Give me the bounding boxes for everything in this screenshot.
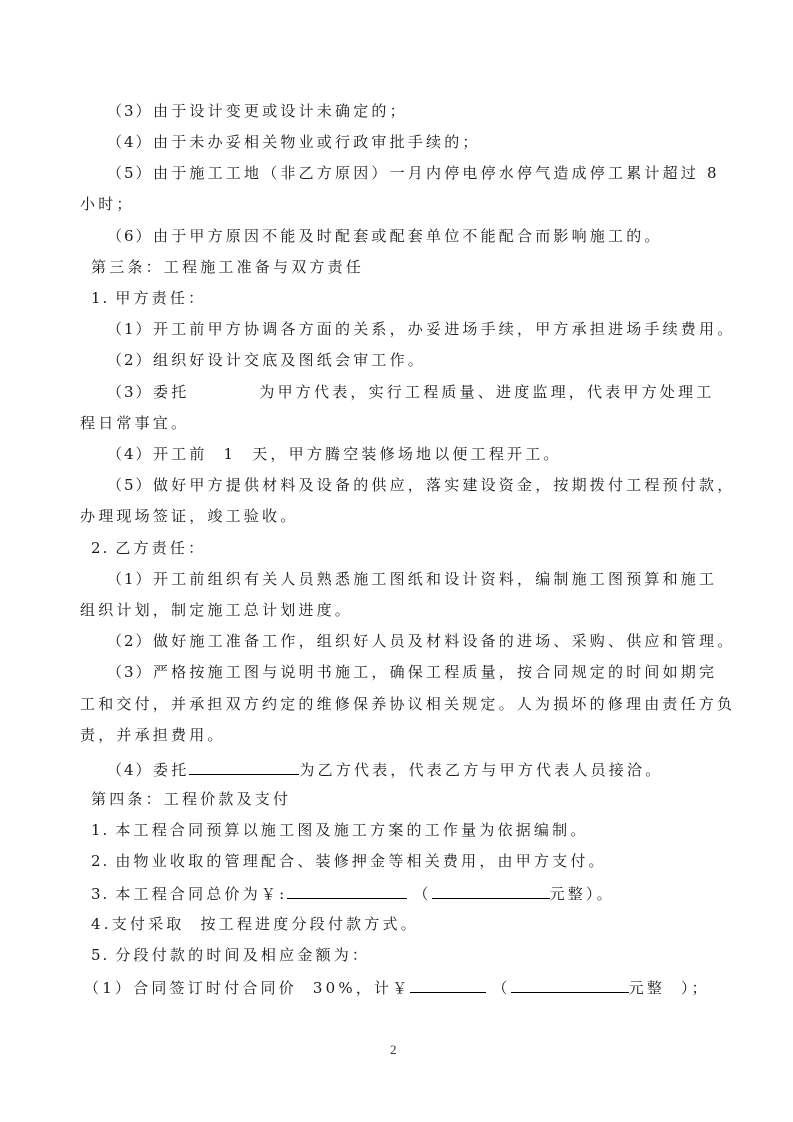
item-number: 1. — [91, 820, 109, 840]
item-number: （4） — [107, 444, 153, 464]
item-number: （4） — [107, 132, 153, 152]
item-text: 为乙方代表，代表乙方与甲方代表人员接洽。 — [299, 761, 663, 779]
item-text: 由物业收取的管理配合、装修押金等相关费用，由甲方支付。 — [115, 852, 606, 870]
clause-item: 1.本工程合同预算以施工图及施工方案的工作量为依据编制。 — [91, 820, 731, 840]
heading-text: 第三条：工程施工准备与双方责任 — [91, 258, 364, 276]
wrap-line: 工和交付，并承担双方约定的维修保养协议相关规定。人为损坏的修理由责任方负 — [80, 694, 720, 714]
item-number: （3） — [107, 662, 153, 682]
item-text: 程日常事宜。 — [80, 414, 189, 432]
item-text: 4.支付采取 按工程进度分段付款方式。 — [91, 915, 419, 933]
clause-item: （4）由于未办妥相关物业或行政审批手续的； — [107, 132, 747, 152]
item-number: （3） — [107, 382, 153, 402]
first-payment-words-field[interactable] — [511, 976, 629, 993]
heading-text: 第四条：工程价款及支付 — [91, 790, 291, 808]
item-text: 组织好设计交底及图纸会审工作。 — [153, 351, 426, 369]
item-number: （5） — [107, 163, 153, 183]
item-text: 由于设计变更或设计未确定的； — [153, 102, 408, 120]
item-text: 小时； — [80, 195, 135, 213]
item-text: 元整）。 — [550, 885, 615, 903]
wrap-line: 组织计划，制定施工总计划进度。 — [80, 600, 720, 620]
item-text: 委托 — [153, 761, 189, 779]
item-text: 乙方责任： — [115, 539, 206, 557]
item-number: （2） — [107, 631, 153, 651]
clause-item: （4）委托为乙方代表，代表乙方与甲方代表人员接洽。 — [107, 758, 747, 780]
clause-item: （3）委托为甲方代表，实行工程质量、进度监理，代表甲方处理工 — [107, 382, 747, 402]
page-number: 2 — [390, 1042, 397, 1058]
total-price-words-field[interactable] — [432, 882, 550, 899]
clause-item: （5）由于施工工地（非乙方原因）一月内停电停水停气造成停工累计超过 8 — [107, 163, 747, 183]
item-number: （2） — [107, 350, 153, 370]
item-text: 由于甲方原因不能及时配套或配套单位不能配合而影响施工的。 — [153, 227, 663, 245]
item-text: 做好甲方提供材料及设备的供应，落实建设资金，按期拨付工程预付款， — [153, 476, 735, 494]
item-number: （5） — [107, 475, 153, 495]
clause-item: （1）开工前组织有关人员熟悉施工图纸和设计资料，编制施工图预算和施工 — [107, 569, 747, 589]
item-text: 开工前组织有关人员熟悉施工图纸和设计资料，编制施工图预算和施工 — [153, 570, 717, 588]
item-text: （1）合同签订时付合同价 30%，计￥ — [84, 979, 410, 997]
total-price-number-field[interactable] — [287, 882, 407, 899]
item-text: 开工前 1 天，甲方腾空装修场地以便工程开工。 — [153, 445, 562, 463]
clause-item: （1）开工前甲方协调各方面的关系，办妥进场手续，甲方承担进场手续费用。 — [107, 319, 747, 339]
item-number: （3） — [107, 101, 153, 121]
item-text: 本工程合同预算以施工图及施工方案的工作量为依据编制。 — [115, 821, 588, 839]
item-number: （4） — [107, 760, 153, 780]
section-heading: 第三条：工程施工准备与双方责任 — [91, 257, 731, 277]
clause-item: （6）由于甲方原因不能及时配套或配套单位不能配合而影响施工的。 — [107, 226, 747, 246]
subsection-heading: 2.乙方责任： — [91, 538, 731, 558]
item-text: （ — [413, 885, 431, 903]
subsection-heading: 1.甲方责任： — [91, 288, 731, 308]
item-number: 3. — [91, 884, 109, 904]
item-text: 分段付款的时间及相应金额为： — [115, 946, 370, 964]
item-number: 1. — [91, 288, 109, 308]
item-text: 本工程合同总价为￥: — [115, 885, 287, 903]
item-text: 责，并承担费用。 — [80, 726, 226, 744]
item-text: 开工前甲方协调各方面的关系，办妥进场手续，甲方承担进场手续费用。 — [153, 320, 735, 338]
item-number: （1） — [107, 319, 153, 339]
item-number: （1） — [107, 569, 153, 589]
section-heading: 第四条：工程价款及支付 — [91, 789, 731, 809]
clause-item: （2）组织好设计交底及图纸会审工作。 — [107, 350, 747, 370]
item-text: 组织计划，制定施工总计划进度。 — [80, 601, 353, 619]
clause-item: （2）做好施工准备工作，组织好人员及材料设备的进场、采购、供应和管理。 — [107, 631, 747, 651]
clause-item: （1）合同签订时付合同价 30%，计￥（元整 ）； — [84, 976, 724, 998]
representative-blank-field[interactable] — [189, 758, 299, 775]
item-number: 2. — [91, 538, 109, 558]
wrap-line: 责，并承担费用。 — [80, 725, 720, 745]
clause-item: （4）开工前 1 天，甲方腾空装修场地以便工程开工。 — [107, 444, 747, 464]
clause-item: 4.支付采取 按工程进度分段付款方式。 — [91, 914, 731, 934]
item-text: 严格按施工图与说明书施工，确保工程质量，按合同规定的时间如期完 — [153, 663, 717, 681]
wrap-line: 程日常事宜。 — [80, 413, 720, 433]
clause-item: 2.由物业收取的管理配合、装修押金等相关费用，由甲方支付。 — [91, 851, 731, 871]
item-text: 委托 — [153, 383, 189, 401]
document-page: （3）由于设计变更或设计未确定的； （4）由于未办妥相关物业或行政审批手续的； … — [0, 0, 793, 1122]
first-payment-number-field[interactable] — [410, 976, 486, 993]
clause-item: 5.分段付款的时间及相应金额为： — [91, 945, 731, 965]
item-text: （ — [492, 979, 510, 997]
clause-item: （3）严格按施工图与说明书施工，确保工程质量，按合同规定的时间如期完 — [107, 662, 747, 682]
wrap-line: 办理现场签证，竣工验收。 — [80, 506, 720, 526]
clause-item: （5）做好甲方提供材料及设备的供应，落实建设资金，按期拨付工程预付款， — [107, 475, 747, 495]
item-number: 2. — [91, 851, 109, 871]
item-text: 由于未办妥相关物业或行政审批手续的； — [153, 133, 481, 151]
item-number: 5. — [91, 945, 109, 965]
item-text: 工和交付，并承担双方约定的维修保养协议相关规定。人为损坏的修理由责任方负 — [80, 695, 735, 713]
item-text: 为甲方代表，实行工程质量、进度监理，代表甲方处理工 — [259, 383, 714, 401]
item-text: 做好施工准备工作，组织好人员及材料设备的进场、采购、供应和管理。 — [153, 632, 735, 650]
item-number: （6） — [107, 226, 153, 246]
item-text: 元整 ）； — [629, 979, 710, 997]
item-text: 办理现场签证，竣工验收。 — [80, 507, 298, 525]
clause-item: 3.本工程合同总价为￥:（元整）。 — [91, 882, 731, 904]
item-text: 甲方责任： — [115, 289, 206, 307]
item-text: 由于施工工地（非乙方原因）一月内停电停水停气造成停工累计超过 8 — [153, 164, 720, 182]
clause-item: （3）由于设计变更或设计未确定的； — [107, 101, 747, 121]
wrap-line: 小时； — [80, 194, 720, 214]
